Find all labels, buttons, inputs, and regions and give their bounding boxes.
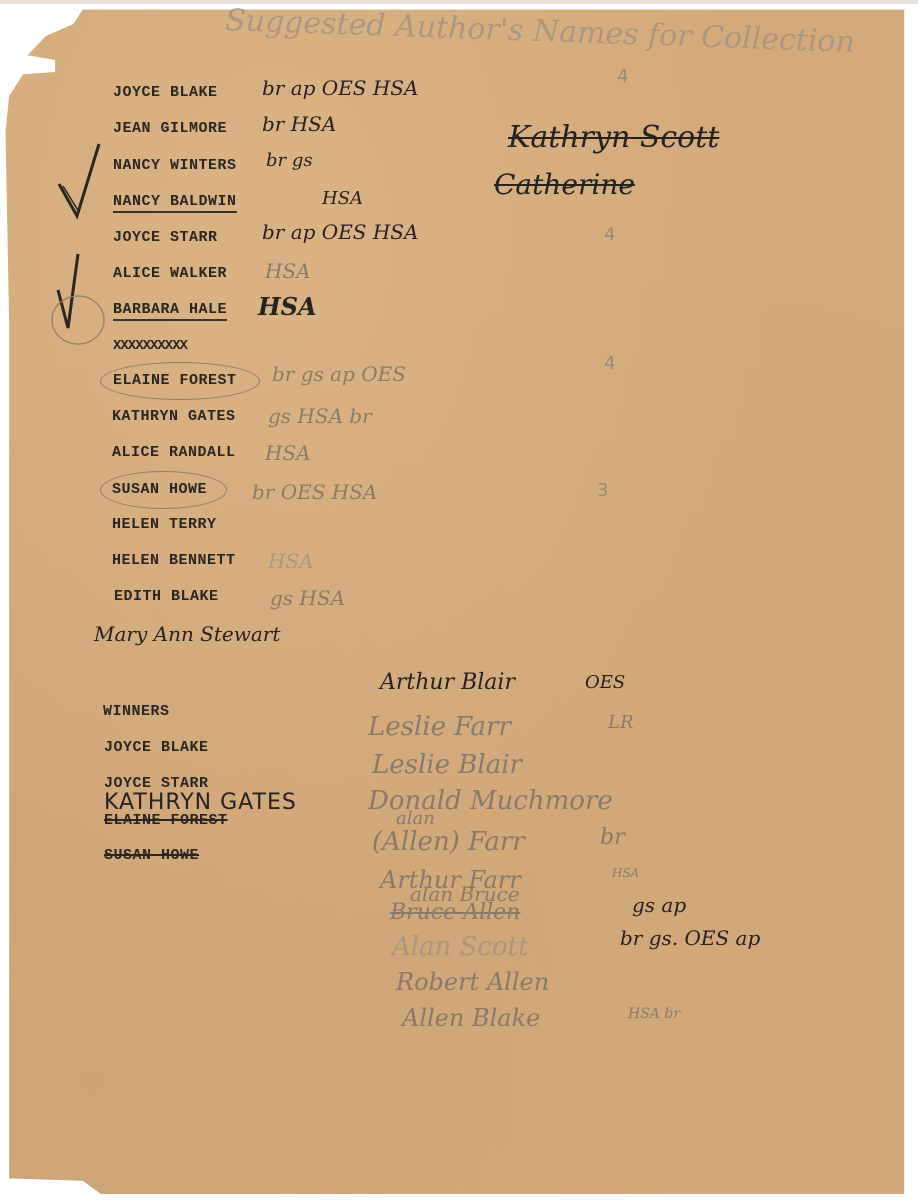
annotation-joyce-starr: br ap OES HSA bbox=[262, 220, 418, 244]
annotation-kathryn-gates: gs HSA br bbox=[268, 404, 372, 428]
male-name-leslie-farr: Leslie Farr bbox=[368, 712, 511, 742]
annotation-arthur-farr: HSA bbox=[612, 866, 639, 880]
annotation-edith-blake: gs HSA bbox=[270, 586, 345, 610]
male-name-allen-farr: (Allen) Farr bbox=[372, 827, 525, 857]
male-name-alan-scott: Alan Scott bbox=[392, 932, 529, 962]
annotation-helen-bennett: HSA bbox=[268, 549, 314, 573]
annotation-nancy-baldwin: HSA bbox=[322, 188, 363, 209]
count-joyce-starr: 4 bbox=[604, 224, 615, 245]
male-name-bruce-allen: Bruce Allen bbox=[390, 900, 520, 925]
annotation-barbara-hale: HSA bbox=[258, 292, 317, 321]
male-name-allen-blake: Allen Blake bbox=[402, 1004, 540, 1032]
annotation-elaine-forest: br gs ap OES bbox=[272, 362, 406, 386]
annotation-allen-farr: br bbox=[600, 825, 625, 850]
annotation-joyce-blake: br ap OES HSA bbox=[262, 76, 418, 100]
winners-heading: WINNERS bbox=[103, 703, 170, 720]
struck-entry: XXXXXXXXXX bbox=[113, 338, 187, 354]
annotation-bruce-allen: gs ap bbox=[632, 893, 686, 917]
checkmark-icon bbox=[48, 250, 118, 350]
winner-joyce-blake: JOYCE BLAKE bbox=[104, 739, 209, 756]
name-elaine-forest: ELAINE FOREST bbox=[113, 372, 237, 389]
male-name-above: alan bbox=[396, 808, 435, 829]
name-nancy-baldwin: NANCY BALDWIN bbox=[113, 193, 237, 213]
name-joyce-blake: JOYCE BLAKE bbox=[113, 84, 218, 101]
male-name-arthur-blair: Arthur Blair bbox=[380, 670, 515, 695]
annotation-alan-scott: br gs. OES ap bbox=[620, 926, 760, 950]
annotation-leslie-farr: LR bbox=[608, 712, 634, 733]
name-joyce-starr: JOYCE STARR bbox=[113, 229, 218, 246]
name-susan-howe: SUSAN HOWE bbox=[112, 481, 207, 498]
name-jean-gilmore: JEAN GILMORE bbox=[113, 120, 227, 137]
annotation-allen-blake: HSA br bbox=[628, 1006, 680, 1022]
annotation-alice-walker: HSA bbox=[265, 259, 311, 283]
side-note-line2: Catherine bbox=[494, 168, 635, 201]
male-name-leslie-blair: Leslie Blair bbox=[372, 750, 522, 780]
name-nancy-winters: NANCY WINTERS bbox=[113, 157, 237, 174]
scan-edge bbox=[0, 0, 918, 4]
annotation-susan-howe: br OES HSA bbox=[252, 480, 377, 504]
annotation-arthur-blair: OES bbox=[585, 672, 625, 693]
annotation-jean-gilmore: br HSA bbox=[262, 112, 336, 136]
name-alice-randall: ALICE RANDALL bbox=[112, 444, 236, 461]
name-helen-terry: HELEN TERRY bbox=[112, 516, 217, 533]
winner-susan-howe: SUSAN HOWE bbox=[104, 847, 199, 864]
male-name-robert-allen: Robert Allen bbox=[396, 968, 549, 996]
count-elaine-forest: 4 bbox=[604, 353, 615, 374]
name-kathryn-gates: KATHRYN GATES bbox=[112, 408, 236, 425]
name-helen-bennett: HELEN BENNETT bbox=[112, 552, 236, 569]
checkmark-icon bbox=[55, 140, 105, 220]
winner-elaine-forest: ELAINE FOREST bbox=[104, 812, 228, 829]
side-note-line1: Kathryn Scott bbox=[508, 120, 719, 155]
count-joyce-blake: 4 bbox=[617, 66, 628, 87]
name-alice-walker: ALICE WALKER bbox=[113, 265, 227, 282]
name-edith-blake: EDITH BLAKE bbox=[114, 588, 219, 605]
annotation-alice-randall: HSA bbox=[265, 441, 311, 465]
annotation-nancy-winters: br gs bbox=[266, 150, 313, 171]
handwritten-addition: Mary Ann Stewart bbox=[94, 622, 280, 646]
name-barbara-hale: BARBARA HALE bbox=[113, 301, 227, 321]
count-susan-howe: 3 bbox=[597, 480, 608, 501]
